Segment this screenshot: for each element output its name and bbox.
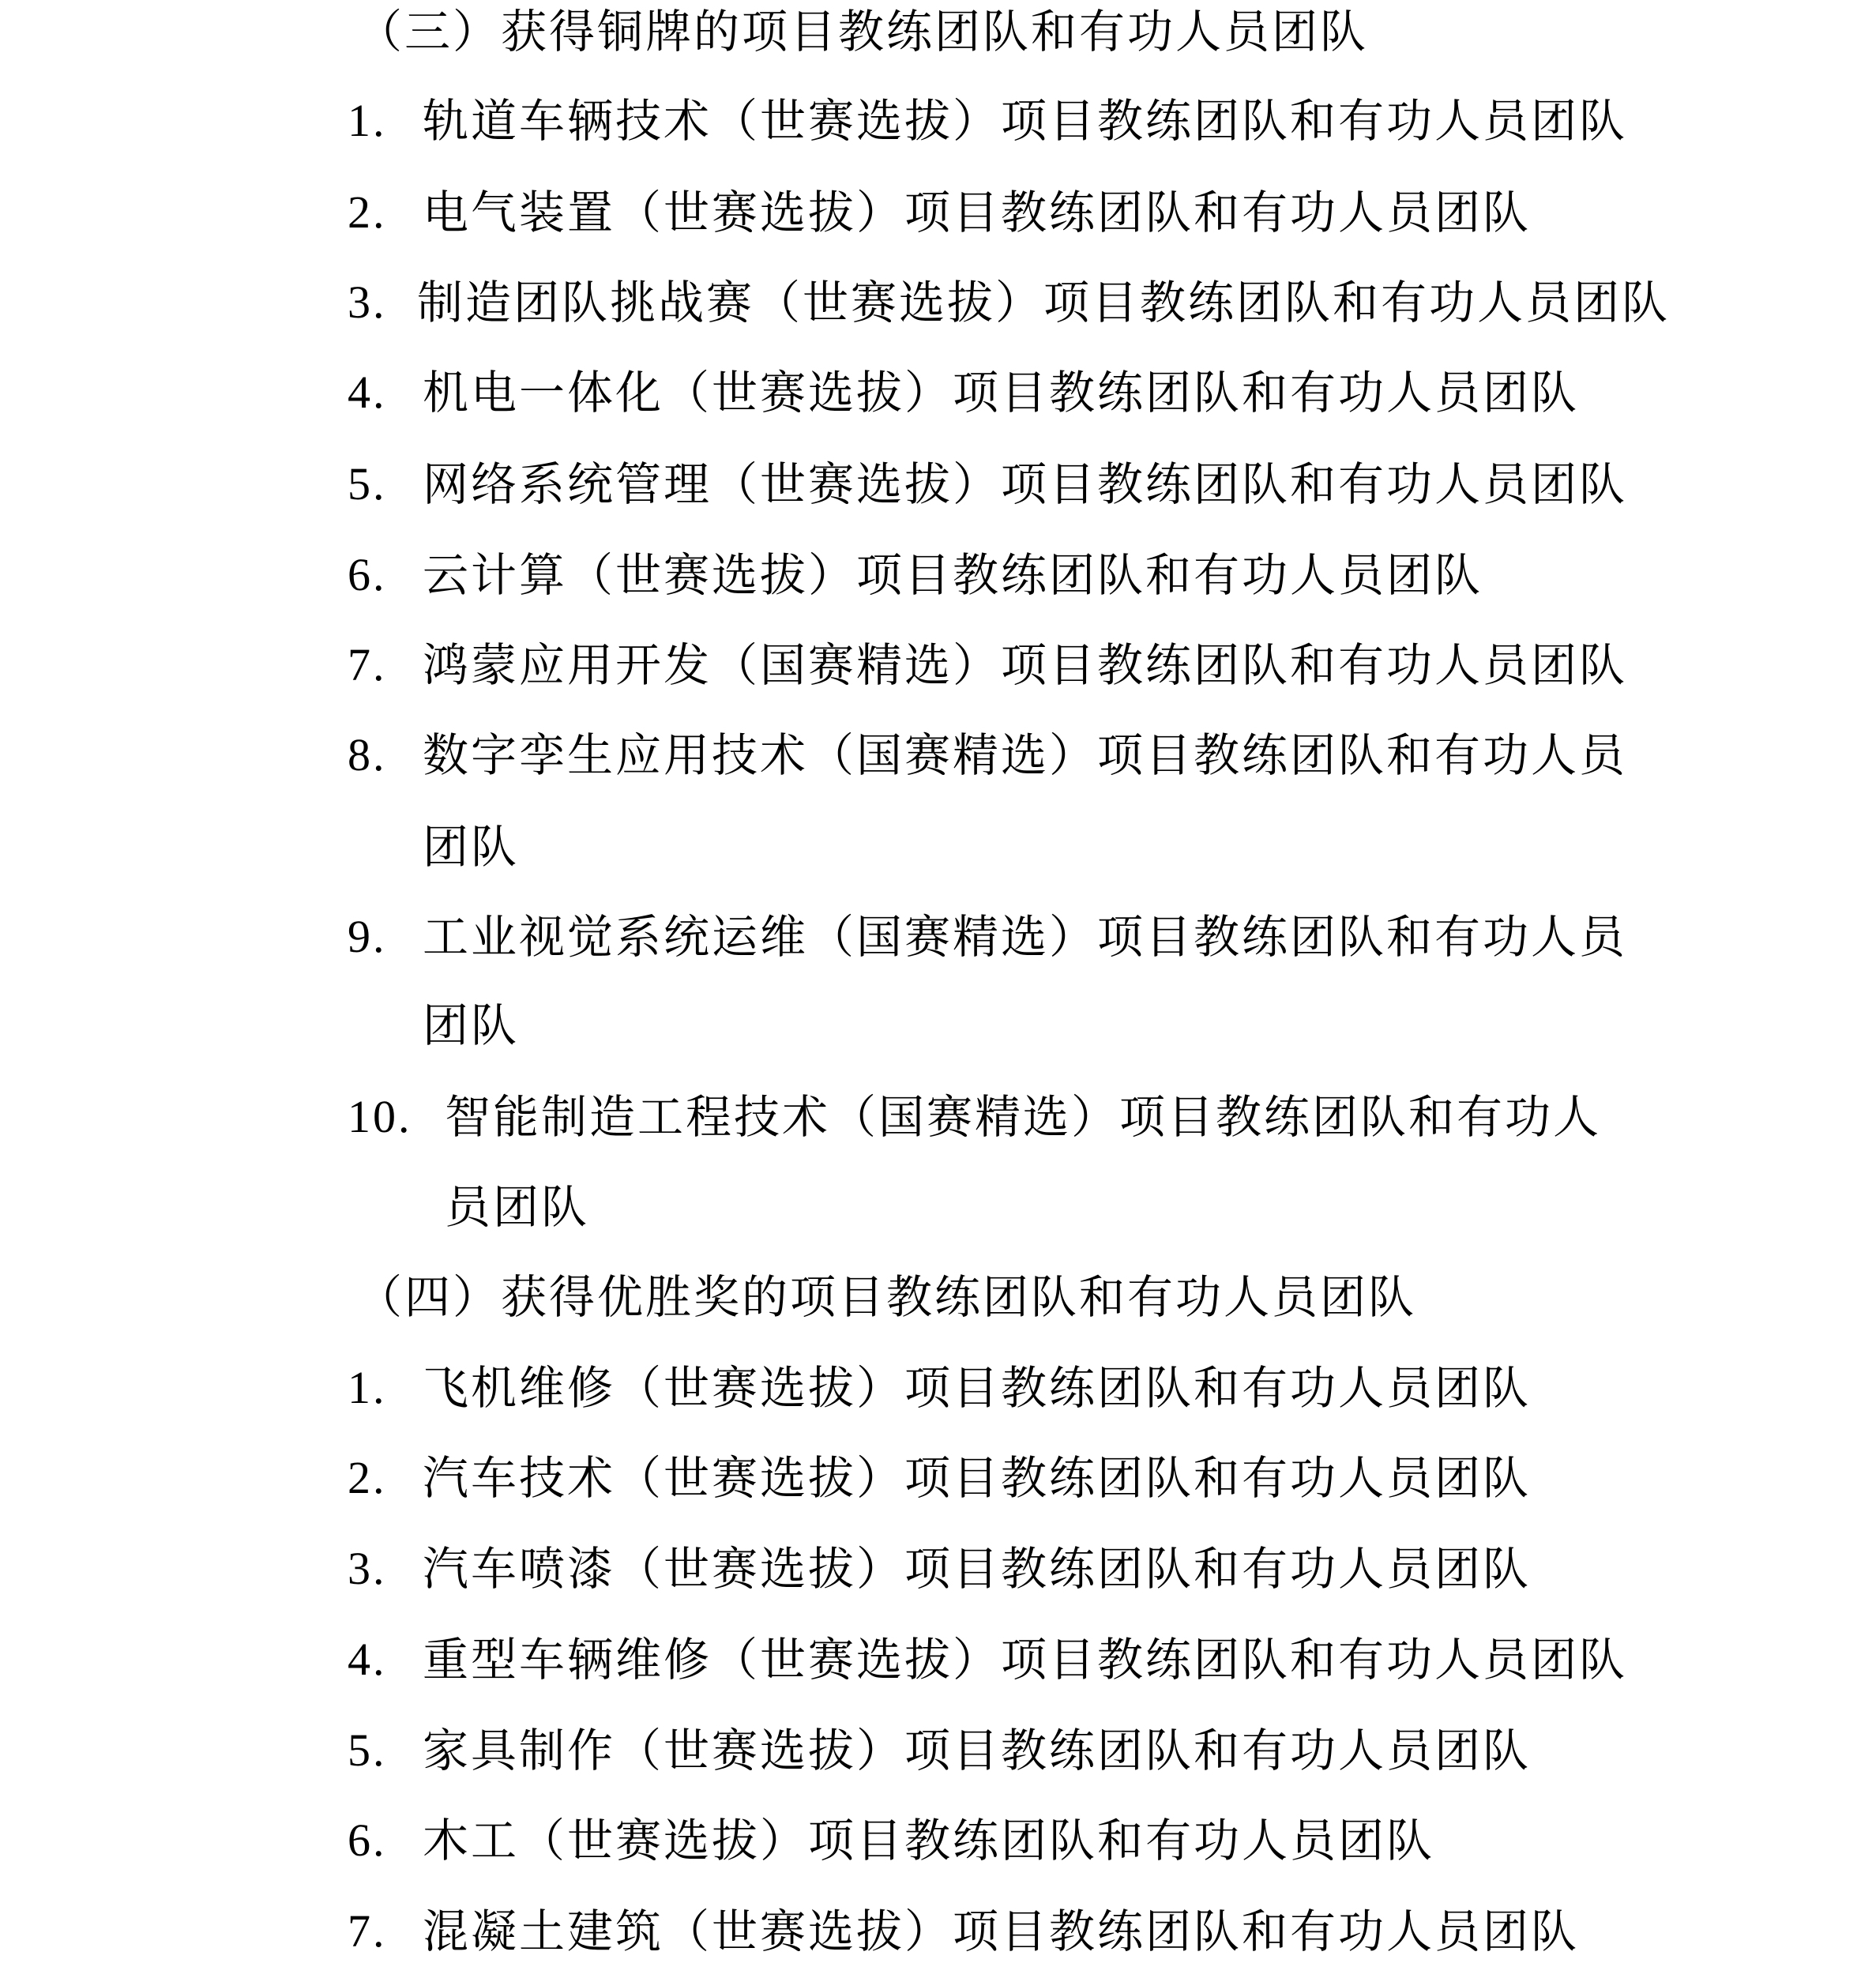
item-text: 汽车喷漆（世赛选拔）项目教练团队和有功人员团队 [423, 1537, 1531, 1600]
heading-text: （四）获得优胜奖的项目教练团队和有功人员团队 [356, 1265, 1416, 1329]
item-number: 2. [348, 181, 387, 244]
item-text: 数字孪生应用技术（国赛精选）项目教练团队和有功人员 [423, 724, 1627, 787]
item-number: 7. [348, 634, 387, 697]
item-text-continued: 团队 [423, 815, 519, 878]
item-text: 网络系统管理（世赛选拔）项目教练团队和有功人员团队 [423, 453, 1627, 516]
item-text: 智能制造工程技术（国赛精选）项目教练团队和有功人 [445, 1085, 1601, 1149]
item-number: 1. [348, 1356, 387, 1420]
item-number: 7. [348, 1900, 387, 1963]
item-number: 10. [348, 1085, 412, 1149]
item-number: 5. [348, 1719, 387, 1782]
item-text: 轨道车辆技术（世赛选拔）项目教练团队和有功人员团队 [423, 89, 1627, 152]
item-number: 6. [348, 543, 387, 607]
item-number: 4. [348, 361, 387, 424]
item-text: 家具制作（世赛选拔）项目教练团队和有功人员团队 [423, 1719, 1531, 1782]
item-text: 云计算（世赛选拔）项目教练团队和有功人员团队 [423, 543, 1483, 607]
item-text: 飞机维修（世赛选拔）项目教练团队和有功人员团队 [423, 1356, 1531, 1420]
item-number: 2. [348, 1446, 387, 1510]
item-number: 4. [348, 1628, 387, 1691]
item-text: 电气装置（世赛选拔）项目教练团队和有功人员团队 [423, 181, 1531, 244]
heading-text: （三）获得铜牌的项目教练团队和有功人员团队 [356, 0, 1368, 63]
item-text: 机电一体化（世赛选拔）项目教练团队和有功人员团队 [423, 361, 1579, 424]
item-number: 1. [348, 89, 387, 152]
item-text: 木工（世赛选拔）项目教练团队和有功人员团队 [423, 1809, 1434, 1872]
item-text-continued: 员团队 [445, 1175, 589, 1239]
item-text: 重型车辆维修（世赛选拔）项目教练团队和有功人员团队 [423, 1628, 1627, 1691]
item-text-continued: 团队 [423, 994, 519, 1057]
item-number: 3. [348, 271, 387, 334]
item-number: 5. [348, 453, 387, 516]
item-number: 6. [348, 1809, 387, 1872]
item-number: 3. [348, 1537, 387, 1600]
item-text: 汽车技术（世赛选拔）项目教练团队和有功人员团队 [423, 1446, 1531, 1510]
item-text: 制造团队挑战赛（世赛选拔）项目教练团队和有功人员团队 [417, 271, 1670, 334]
item-text: 混凝土建筑（世赛选拔）项目教练团队和有功人员团队 [423, 1900, 1579, 1963]
item-number: 9. [348, 905, 387, 968]
item-text: 工业视觉系统运维（国赛精选）项目教练团队和有功人员 [423, 905, 1627, 968]
item-text: 鸿蒙应用开发（国赛精选）项目教练团队和有功人员团队 [423, 634, 1627, 697]
item-number: 8. [348, 724, 387, 787]
